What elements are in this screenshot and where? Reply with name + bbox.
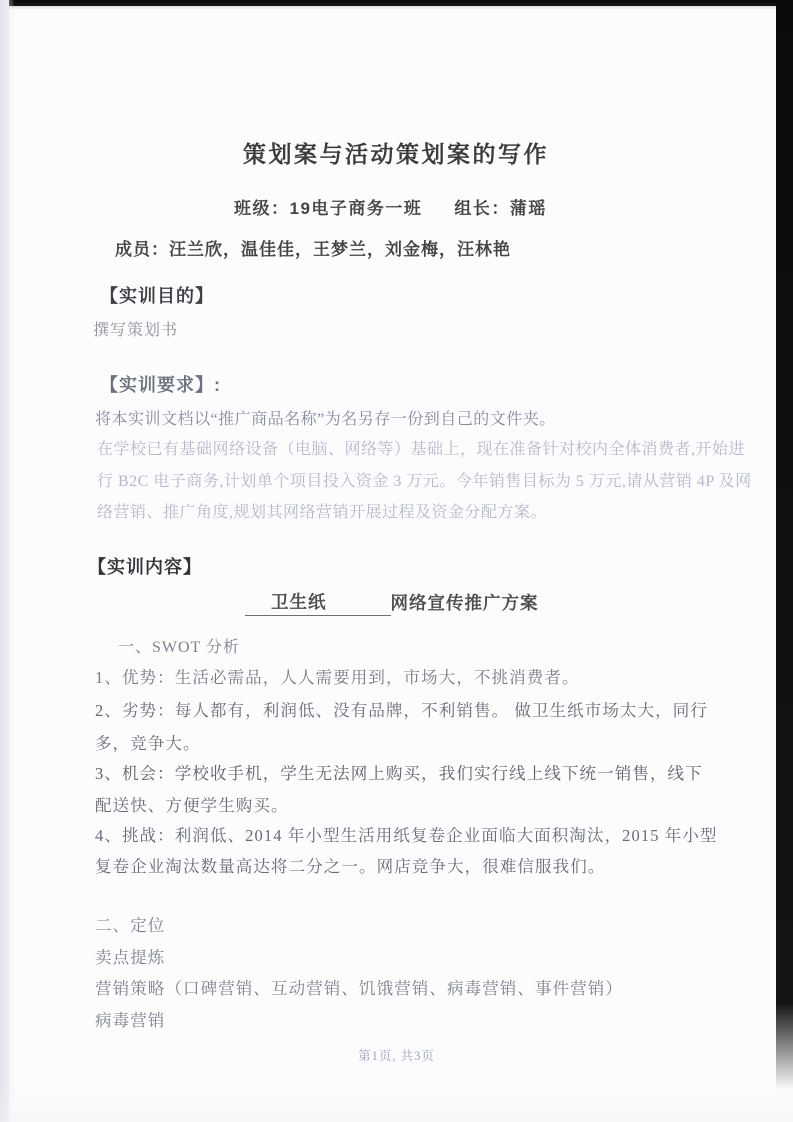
section-requirements-header: 【实训要求】: (100, 371, 221, 397)
purpose-body-text: 撰写策划书 (93, 317, 178, 340)
blank-underline-mid (329, 595, 391, 616)
swot-threat-line: 4、挑战：利润低、2014 年小型生活用纸复卷企业面临大面积淘汰，2015 年小… (95, 822, 718, 846)
swot-heading: 一、SWOT 分析 (118, 634, 240, 657)
swot-opportunity-line-2: 配送快、方便学生购买。 (95, 792, 289, 816)
swot-weakness-line-2: 多，竞争大。 (95, 730, 201, 754)
swot-threat-line-2: 复卷企业淘汰数量高达将二分之一。网店竞争大，很难信服我们。 (95, 853, 605, 877)
swot-opportunity-line: 3、机会：学校收手机，学生无法网上购买，我们实行线上线下统一销售，线下 (95, 760, 703, 784)
scan-edge-left-shadow (9, 0, 15, 1122)
class-label: 班级：19电子商务一班 (234, 194, 422, 219)
page-number-footer: 第1页, 共3页 (0, 1046, 793, 1064)
plan-title-row: 卫生纸 网络宣传推广方案 (245, 589, 539, 616)
viral-marketing-line: 病毒营销 (95, 1007, 165, 1031)
scan-bottom-tint (0, 1082, 793, 1122)
marketing-strategy-line: 营销策略（口碑营销、互动营销、饥饿营销、病毒营销、事件营销） (95, 975, 623, 999)
document-title: 策划案与活动策划案的写作 (243, 136, 549, 169)
class-leader-row: 班级：19电子商务一班 组长：蒲瑶 (234, 194, 547, 219)
scan-edge-top-shadow (0, 6, 793, 10)
scan-edge-right (776, 0, 793, 1090)
requirements-paragraph: 在学校已有基础网络设备（电脑、网络等）基础上，现在准备针对校内全体消费者,开始进… (97, 434, 752, 529)
requirements-line: 将本实训文档以“推广商品名称”为名另存一份到自己的文件夹。 (95, 406, 556, 429)
section-purpose-header: 【实训目的】 (100, 282, 214, 308)
scan-edge-left (0, 0, 9, 1122)
blank-underline-left (245, 595, 269, 616)
positioning-heading: 二、定位 (95, 912, 165, 936)
plan-title-text: 网络宣传推广方案 (391, 590, 539, 616)
plan-product-name: 卫生纸 (269, 589, 329, 616)
swot-weakness-line: 2、劣势：每人都有，利润低、没有品牌，不利销售。 做卫生纸市场太大，同行 (95, 697, 708, 721)
swot-strength-line: 1、优势：生活必需品，人人需要用到，市场大，不挑消费者。 (95, 664, 580, 688)
section-content-header: 【实训内容】 (88, 553, 202, 579)
selling-point-line: 卖点提炼 (95, 944, 165, 968)
group-leader-label: 组长：蒲瑶 (454, 194, 547, 219)
scanned-document-page: 策划案与活动策划案的写作 班级：19电子商务一班 组长：蒲瑶 成员：汪兰欣，温佳… (0, 0, 793, 1122)
members-line: 成员：汪兰欣，温佳佳，王梦兰，刘金梅，汪林艳 (115, 235, 511, 260)
